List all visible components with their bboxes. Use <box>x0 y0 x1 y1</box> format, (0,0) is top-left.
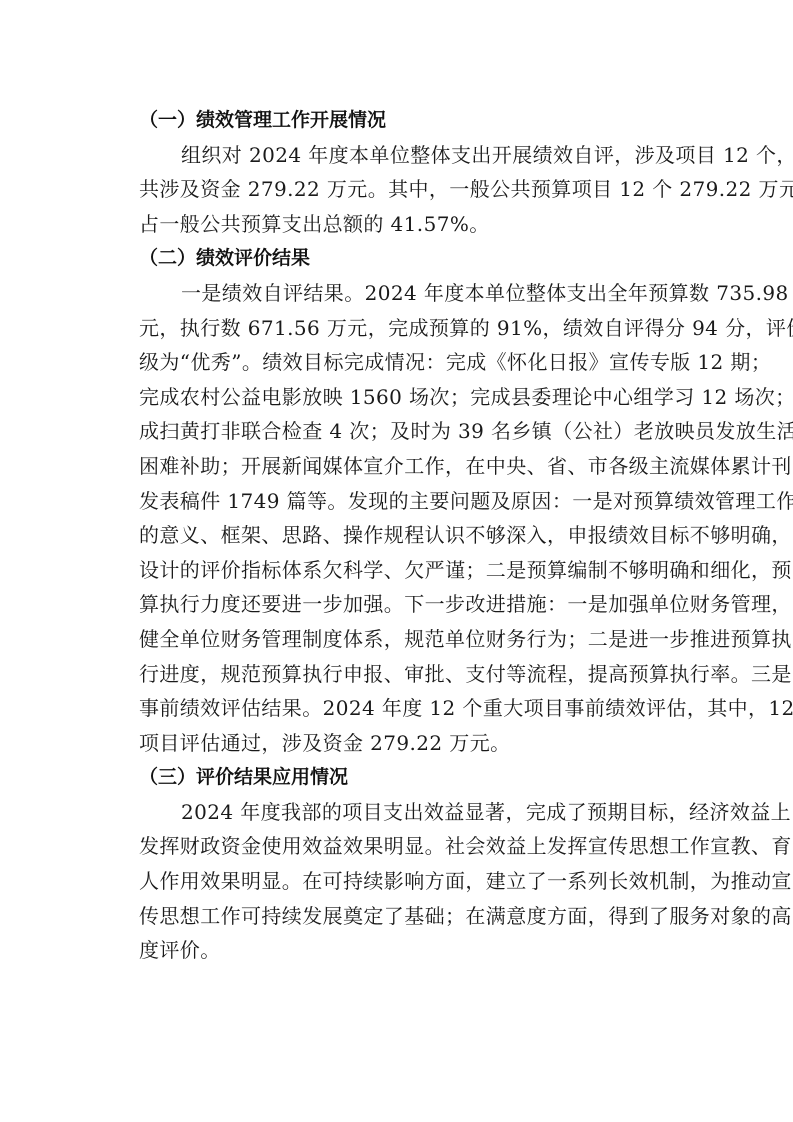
section-heading-2: （二）绩效评价结果 <box>97 241 698 276</box>
paragraph-line: 元，执行数 671.56 万元，完成预算的 91%，绩效自评得分 94 分，评价… <box>97 311 698 346</box>
paragraph-line: 健全单位财务管理制度体系，规范单位财务行为；二是进一步推进预算执 <box>97 622 698 657</box>
section-heading-3: （三）评价结果应用情况 <box>97 760 698 795</box>
paragraph-line: 组织对 2024 年度本单位整体支出开展绩效自评，涉及项目 12 个， <box>97 138 698 173</box>
paragraph-line: 的意义、框架、思路、操作规程认识不够深入，申报绩效目标不够明确， <box>97 518 698 553</box>
paragraph-line: 度评价。 <box>97 933 698 968</box>
paragraph-line: 共涉及资金 279.22 万元。其中，一般公共预算项目 12 个 279.22 … <box>97 172 698 207</box>
paragraph-line: 成扫黄打非联合检查 4 次；及时为 39 名乡镇（公社）老放映员发放生活 <box>97 414 698 449</box>
paragraph-line: 困难补助；开展新闻媒体宣介工作，在中央、省、市各级主流媒体累计刊 <box>97 449 698 484</box>
paragraph-line: 事前绩效评估结果。2024 年度 12 个重大项目事前绩效评估，其中，12 个 <box>97 691 698 726</box>
document-page: （一）绩效管理工作开展情况 组织对 2024 年度本单位整体支出开展绩效自评，涉… <box>97 103 698 968</box>
paragraph-line: 占一般公共预算支出总额的 41.57%。 <box>97 207 698 242</box>
paragraph-line: 发挥财政资金使用效益效果明显。社会效益上发挥宣传思想工作宣教、育 <box>97 829 698 864</box>
section-heading-1: （一）绩效管理工作开展情况 <box>97 103 698 138</box>
paragraph-line: 发表稿件 1749 篇等。发现的主要问题及原因：一是对预算绩效管理工作 <box>97 484 698 519</box>
paragraph-line: 完成农村公益电影放映 1560 场次；完成县委理论中心组学习 12 场次；完 <box>97 380 698 415</box>
paragraph-line: 设计的评价指标体系欠科学、欠严谨；二是预算编制不够明确和细化，预 <box>97 553 698 588</box>
paragraph-line: 人作用效果明显。在可持续影响方面，建立了一系列长效机制，为推动宣 <box>97 864 698 899</box>
paragraph-line: 算执行力度还要进一步加强。下一步改进措施：一是加强单位财务管理， <box>97 587 698 622</box>
section-1-paragraph: 组织对 2024 年度本单位整体支出开展绩效自评，涉及项目 12 个， 共涉及资… <box>97 138 698 242</box>
paragraph-line: 行进度，规范预算执行申报、审批、支付等流程，提高预算执行率。三是 <box>97 657 698 692</box>
paragraph-line: 一是绩效自评结果。2024 年度本单位整体支出全年预算数 735.98 万 <box>97 276 698 311</box>
section-3-paragraph: 2024 年度我部的项目支出效益显著，完成了预期目标，经济效益上 发挥财政资金使… <box>97 795 698 968</box>
section-2-paragraph: 一是绩效自评结果。2024 年度本单位整体支出全年预算数 735.98 万 元，… <box>97 276 698 760</box>
paragraph-line: 传思想工作可持续发展奠定了基础；在满意度方面，得到了服务对象的高 <box>97 899 698 934</box>
paragraph-line: 2024 年度我部的项目支出效益显著，完成了预期目标，经济效益上 <box>97 795 698 830</box>
paragraph-line: 级为“优秀”。绩效目标完成情况：完成《怀化日报》宣传专版 12 期； <box>97 345 698 380</box>
paragraph-line: 项目评估通过，涉及资金 279.22 万元。 <box>97 726 698 761</box>
